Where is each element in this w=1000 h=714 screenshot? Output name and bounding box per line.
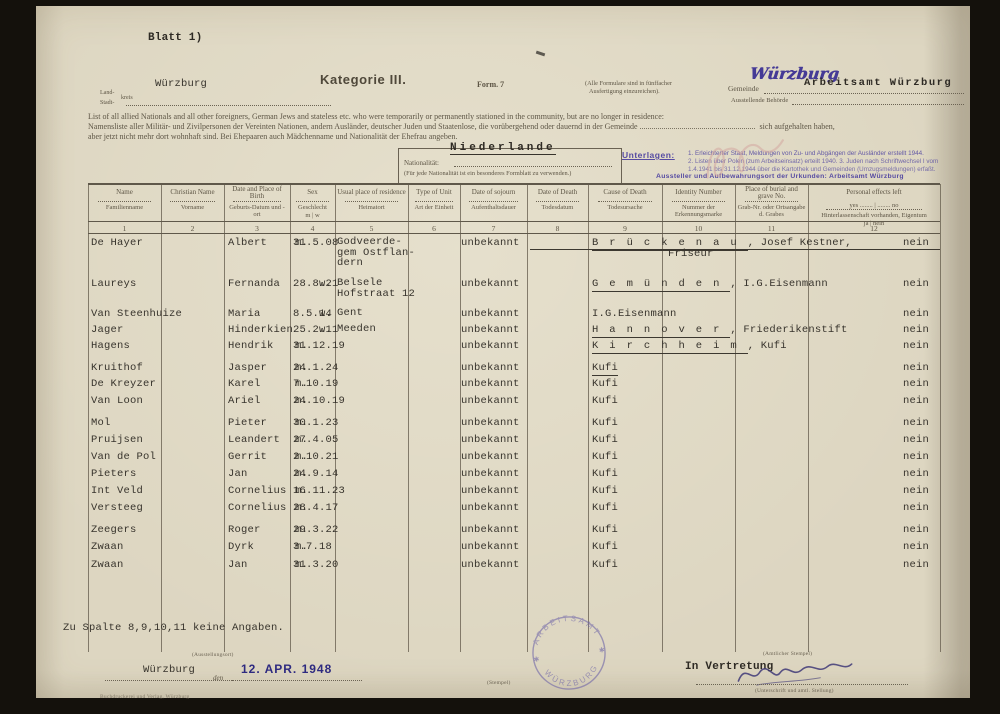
header-dots: [345, 201, 398, 202]
header-label-de: Todesursache: [588, 204, 662, 211]
header-column-number: 7: [460, 224, 527, 233]
cell-sojourn: unbekannt: [461, 468, 520, 480]
cell-vorname: Jan: [228, 468, 248, 480]
table-header-cell: Date of sojournAufenthaltsdauer: [460, 185, 527, 211]
cell-name: Zwaan: [91, 541, 124, 553]
cell-residence: Godveerde- gem Ostflan- dern: [337, 237, 415, 269]
cell-name: Van Steenhuize: [91, 308, 182, 320]
table-column-rule: [290, 184, 291, 652]
header-label-de: Aufenthaltsdauer: [460, 204, 527, 211]
header-dots: [826, 209, 921, 210]
cell-sex: w.: [319, 308, 332, 320]
header-label-en: Usual place of residence: [335, 185, 408, 201]
cell-effects: nein: [903, 559, 929, 571]
cell-residence: Belsele Hofstraat 12: [337, 278, 415, 299]
cell-sojourn: unbekannt: [461, 395, 520, 407]
cell-name: Zwaan: [91, 559, 124, 571]
cell-name: Kruithof: [91, 362, 143, 374]
cell-name: Versteeg: [91, 502, 143, 514]
cell-name: Mol: [91, 417, 111, 429]
header-dots: [98, 201, 151, 202]
header-label-de: Heimatort: [335, 204, 408, 211]
cell-sojourn: unbekannt: [461, 524, 520, 536]
table-column-rule: [940, 184, 941, 652]
printer-note: Buchdruckerei und Verlag, Würzburg: [100, 694, 189, 700]
cell-remark: Kirchheim, Kufi: [592, 340, 787, 352]
header-column-number: 5: [335, 224, 408, 233]
cell-name: De Hayer: [91, 237, 143, 249]
cell-effects: nein: [903, 237, 929, 249]
cell-sojourn: unbekannt: [461, 340, 520, 352]
header-label-en: Identity Number: [662, 185, 735, 201]
cell-sex: m.: [295, 237, 308, 249]
table-header-cell: NameFamilienname: [88, 185, 161, 211]
cell-vorname: Fernanda: [228, 278, 280, 290]
office-seal: ARBEITSAMT WÜRZBURG ✱ ✱: [518, 602, 620, 704]
cell-sojourn: unbekannt: [461, 451, 520, 463]
cell-effects: nein: [903, 417, 929, 429]
cell-sex: m.: [295, 468, 308, 480]
cell-vorname: Pieter: [228, 417, 267, 429]
cell-remark: Kufi: [592, 395, 618, 407]
header-dots: [745, 201, 798, 202]
table-mid-rule: [88, 221, 940, 222]
cell-sex: m.: [295, 362, 308, 374]
cell-name: Zeegers: [91, 524, 137, 536]
date-line: [232, 680, 362, 681]
cell-name: Pieters: [91, 468, 137, 480]
table-column-rule: [161, 184, 162, 652]
header-dots: [598, 201, 651, 202]
header-label-en: Date and Place of Birth: [224, 185, 290, 201]
cell-sojourn: unbekannt: [461, 417, 520, 429]
cell-effects: nein: [903, 524, 929, 536]
row1-underline: [530, 249, 940, 250]
cell-remark: Kufi: [592, 502, 618, 514]
cell-name: Van Loon: [91, 395, 143, 407]
cell-vorname: Cornelius: [228, 502, 287, 514]
table-header-cell: Date and Place of BirthGeburts-Datum und…: [224, 185, 290, 218]
cell-sex: m.: [295, 434, 308, 446]
date-stamp: 12. APR. 1948: [241, 662, 332, 676]
cell-vorname: Leandert: [228, 434, 280, 446]
header-column-number: 9: [588, 224, 662, 233]
cell-sex: m.: [295, 340, 308, 352]
cell-sex: m.: [295, 559, 308, 571]
cell-remark: Kufi: [592, 468, 618, 480]
header-label-de: Hinterlassenschaft vorhanden, Eigentum: [808, 212, 940, 219]
place-of-issue-label: (Ausstellungsort): [192, 652, 234, 658]
cell-sex: m.: [295, 524, 308, 536]
header-label-en: Christian Name: [161, 185, 224, 201]
header-label-en2: yes ........ | ........ no: [808, 202, 940, 209]
remark-place-spaced: Gemünden: [592, 278, 730, 292]
cell-sex: m.: [295, 451, 308, 463]
table-header-cell: Cause of DeathTodesursache: [588, 185, 662, 211]
cell-sojourn: unbekannt: [461, 362, 520, 374]
cell-name: Pruijsen: [91, 434, 143, 446]
cell-sex: m.: [295, 395, 308, 407]
header-dots: [233, 201, 281, 202]
cell-name: Jager: [91, 324, 124, 336]
cell-effects: nein: [903, 451, 929, 463]
header-column-number: 12: [808, 224, 940, 233]
table-column-rule: [808, 184, 809, 652]
cell-vorname: Maria: [228, 308, 261, 320]
cell-sex: m.: [295, 485, 308, 497]
cell-effects: nein: [903, 308, 929, 320]
header-column-number: 3: [224, 224, 290, 233]
cell-sojourn: unbekannt: [461, 434, 520, 446]
header-sex-sub: m | w: [290, 212, 335, 219]
seal-bottom-text: WÜRZBURG: [542, 661, 603, 692]
cell-remark: Kufi: [592, 524, 618, 536]
header-label-en: Name: [88, 185, 161, 201]
cell-remark: Brückenau, Josef Kestner,: [592, 237, 852, 249]
cell-remark: Hannover, Friederikenstift: [592, 324, 847, 336]
header-dots: [296, 201, 328, 202]
cell-remark: Kufi: [592, 378, 618, 390]
cell-vorname: Jasper: [228, 362, 267, 374]
cell-remark: Kufi: [592, 362, 618, 374]
cell-name: Int Veld: [91, 485, 143, 497]
cell-residence: Meeden: [337, 324, 376, 335]
cell-effects: nein: [903, 468, 929, 480]
cell-vorname: Roger: [228, 524, 261, 536]
cell-effects: nein: [903, 362, 929, 374]
table-column-rule: [662, 184, 663, 652]
cell-remark: Kufi: [592, 451, 618, 463]
cell-remark: I.G.Eisenmann: [592, 308, 677, 320]
cell-sojourn: unbekannt: [461, 502, 520, 514]
cell-residence: Gent: [337, 308, 363, 319]
header-column-number: 10: [662, 224, 735, 233]
header-label-de: Familienname: [88, 204, 161, 211]
header-column-number: 4: [290, 224, 335, 233]
cell-effects: nein: [903, 340, 929, 352]
table-body: NameFamilienname1Christian NameVorname2D…: [36, 6, 970, 698]
cell-remark: Kufi: [592, 541, 618, 553]
cell-effects: nein: [903, 541, 929, 553]
header-label-en: Place of burial and grave No.: [735, 185, 808, 201]
table-top-rule: [88, 183, 940, 185]
header-dots: [415, 201, 452, 202]
header-column-number: 11: [735, 224, 808, 233]
header-column-number: 2: [161, 224, 224, 233]
header-label-de: Grab-Nr. oder Ortsangabe d. Grabes: [735, 204, 808, 218]
cell-remark: Kufi: [592, 485, 618, 497]
cell-vorname: Dyrk: [228, 541, 254, 553]
cell-remark: Gemünden, I.G.Eisenmann: [592, 278, 828, 290]
cell-vorname: Gerrit: [228, 451, 267, 463]
table-column-rule: [224, 184, 225, 652]
stempel-label: (Stempel): [487, 680, 511, 686]
table-column-rule: [88, 184, 89, 652]
table-header-cell: Place of burial and grave No.Grab-Nr. od…: [735, 185, 808, 218]
cell-effects: nein: [903, 434, 929, 446]
den-label: den: [213, 674, 223, 682]
cell-sex: m.: [295, 417, 308, 429]
header-label-en: Date of sojourn: [460, 185, 527, 201]
header-label-de: Geschlecht: [290, 204, 335, 211]
cell-name: Laureys: [91, 278, 137, 290]
seal-top-text: ARBEITSAMT: [528, 609, 603, 647]
header-dots: [672, 201, 725, 202]
cell-vorname: Cornelius: [228, 485, 287, 497]
table-header-cell: Christian NameVorname: [161, 185, 224, 211]
table-header-cell: Type of UnitArt der Einheit: [408, 185, 460, 211]
signature-lower-label: (Unterschrift und amtl. Stellung): [755, 688, 834, 694]
cell-sojourn: unbekannt: [461, 278, 520, 290]
header-label-de: Art der Einheit: [408, 204, 460, 211]
header-dots: [469, 201, 517, 202]
scanned-document: Blatt 1) Würzburg Land- Stadt- kreis Kat…: [0, 0, 1000, 714]
table-header-cell: Date of DeathTodesdatum: [527, 185, 588, 211]
header-label-en: Date of Death: [527, 185, 588, 201]
header-column-number: 8: [527, 224, 588, 233]
form-sheet: Blatt 1) Würzburg Land- Stadt- kreis Kat…: [36, 6, 970, 698]
header-column-number: 1: [88, 224, 161, 233]
svg-text:ARBEITSAMT: ARBEITSAMT: [528, 609, 603, 647]
cell-sojourn: unbekannt: [461, 324, 520, 336]
remark-underlined: Kufi: [592, 362, 618, 376]
table-header-cell: Identity NumberNummer der Erkennungsmark…: [662, 185, 735, 218]
cell-sojourn: unbekannt: [461, 541, 520, 553]
header-column-number: 6: [408, 224, 460, 233]
cell-vorname: Karel: [228, 378, 261, 390]
svg-text:WÜRZBURG: WÜRZBURG: [542, 661, 603, 692]
table-header-cell: SexGeschlechtm | w: [290, 185, 335, 219]
svg-text:✱: ✱: [533, 655, 540, 664]
header-label-de: Geburts-Datum und -ort: [224, 204, 290, 218]
cell-effects: nein: [903, 502, 929, 514]
cell-sojourn: unbekannt: [461, 237, 520, 249]
cell-remark: Kufi: [592, 417, 618, 429]
header-dots: [536, 201, 580, 202]
issue-city-line: [105, 680, 248, 681]
table-column-rule: [527, 184, 528, 652]
cell-sex: m.: [295, 378, 308, 390]
cell-vorname: Jan: [228, 559, 248, 571]
cell-effects: nein: [903, 278, 929, 290]
cell-effects: nein: [903, 324, 929, 336]
columns-remark: Zu Spalte 8,9,10,11 keine Angaben.: [63, 622, 284, 634]
header-label-de: Todesdatum: [527, 204, 588, 211]
table-header-cell: Usual place of residenceHeimatort: [335, 185, 408, 211]
table-column-rule: [735, 184, 736, 652]
cell-vorname: Hinderkien: [228, 324, 293, 336]
cell-effects: nein: [903, 378, 929, 390]
cell-vorname: Albert: [228, 237, 267, 249]
cell-sojourn: unbekannt: [461, 378, 520, 390]
cell-remark: Kufi: [592, 559, 618, 571]
svg-text:✱: ✱: [598, 646, 605, 655]
cell-sojourn: unbekannt: [461, 485, 520, 497]
remark-place-spaced: Hannover: [592, 324, 730, 338]
table-column-rule: [588, 184, 589, 652]
header-label-en: Personal effects left: [808, 185, 940, 201]
cell-remark: Kufi: [592, 434, 618, 446]
cell-vorname: Hendrik: [228, 340, 274, 352]
cell-name: Van de Pol: [91, 451, 156, 463]
cell-effects: nein: [903, 395, 929, 407]
table-num-rule: [88, 233, 940, 234]
cell-vorname: Ariel: [228, 395, 261, 407]
header-label-de: Nummer der Erkennungsmarke: [662, 204, 735, 218]
cell-sex: w.: [319, 324, 332, 336]
signature-line: [696, 684, 908, 685]
header-label-de: Vorname: [161, 204, 224, 211]
cell-sex: w.: [319, 278, 332, 290]
cell-sex: m.: [295, 541, 308, 553]
header-label-en: Cause of Death: [588, 185, 662, 201]
header-label-en: Type of Unit: [408, 185, 460, 201]
header-dots: [170, 201, 215, 202]
cell-sojourn: unbekannt: [461, 559, 520, 571]
issue-city: Würzburg: [143, 664, 195, 676]
cell-name: Hagens: [91, 340, 130, 352]
cell-effects: nein: [903, 485, 929, 497]
cell-sex: m.: [295, 502, 308, 514]
header-label-en: Sex: [290, 185, 335, 201]
remark-place-spaced: Kirchheim: [592, 340, 748, 354]
signature: [735, 651, 857, 693]
cell-name: De Kreyzer: [91, 378, 156, 390]
cell-sojourn: unbekannt: [461, 308, 520, 320]
